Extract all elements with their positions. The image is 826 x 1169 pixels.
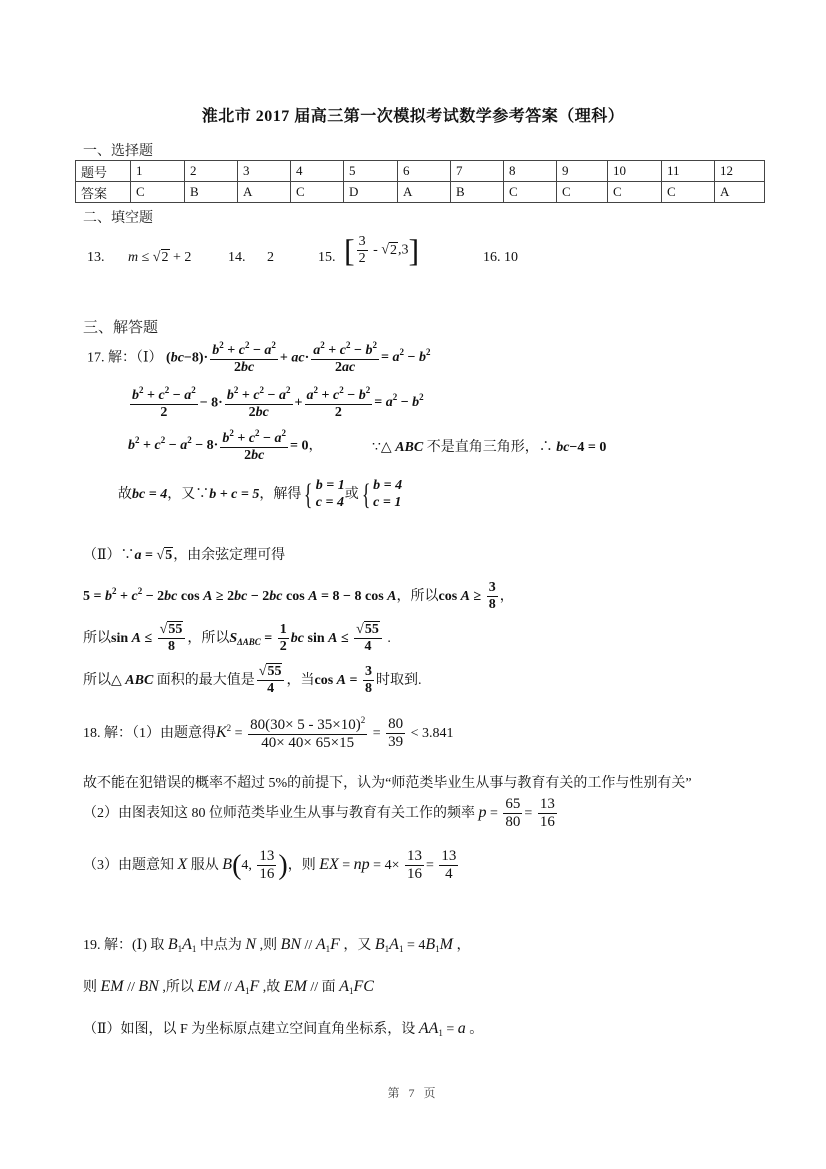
text: ，当 bbox=[286, 673, 314, 688]
text: 所以△ bbox=[83, 673, 122, 688]
q18-part2: （2）由图表知这 80 位师范类毕业生从事与教育有关工作的频率 p = 6580… bbox=[83, 796, 559, 832]
q17-line1: 17. 解：（Ⅰ） (bc−8)·b2 + c2 − a22bc+ ac·a2 … bbox=[87, 340, 430, 376]
text: （Ⅱ）∵ bbox=[83, 548, 135, 563]
page-title: 淮北市 2017 届高三第一次模拟考试数学参考答案（理科） bbox=[0, 103, 826, 126]
q17-sin-line: 所以sin A ≤ √558，所以SΔABC = 12bc sin A ≤ √5… bbox=[83, 622, 391, 655]
q17-line3: b2 + c2 − a2 − 8·b2 + c2 − a22bc= 0， bbox=[128, 428, 323, 464]
answer-cell: A bbox=[715, 182, 765, 203]
text: ，所以 bbox=[397, 589, 439, 604]
eq: b = 1 bbox=[316, 478, 345, 493]
solution-system-1: {b = 1c = 4 bbox=[301, 478, 344, 512]
text: （2）由图表知这 80 位师范类毕业生从事与教育有关工作的频率 bbox=[83, 806, 475, 821]
question-number: 10 bbox=[608, 161, 662, 182]
section-heading-solve: 三、解答题 bbox=[83, 316, 158, 337]
text: 时取到. bbox=[376, 673, 422, 688]
answer-cell: B bbox=[451, 182, 504, 203]
text: ，所以 bbox=[187, 631, 229, 646]
q17-cosine-line: 5 = b2 + c2 − 2bc cos A ≥ 2bc − 2bc cos … bbox=[83, 580, 514, 613]
q13-number: 13. bbox=[87, 250, 105, 266]
q16-answer: 16. 10 bbox=[483, 250, 518, 266]
row-label: 题号 bbox=[76, 161, 131, 182]
question-number: 6 bbox=[398, 161, 451, 182]
page-number: 第 7 页 bbox=[0, 1084, 826, 1101]
question-number: 12 bbox=[715, 161, 765, 182]
formula: X bbox=[178, 856, 188, 873]
eq: b = 4 bbox=[373, 478, 402, 493]
question-number: 1 bbox=[131, 161, 185, 182]
answer-cell: C bbox=[662, 182, 715, 203]
q15-answer: [32 - √2,3] bbox=[344, 232, 419, 269]
q17-line4: 故bc = 4，又∵b + c = 5，解得{b = 1c = 4或{b = 4… bbox=[118, 478, 402, 512]
question-number: 8 bbox=[504, 161, 557, 182]
answer-table: 题号 1 2 3 4 5 6 7 8 9 10 11 12 答案 C B A C… bbox=[75, 160, 765, 203]
answer-cell: C bbox=[504, 182, 557, 203]
question-number: 4 bbox=[291, 161, 344, 182]
q18-part3: （3）由题意知 X 服从 B(4, 1316)，则 EX = np = 4× 1… bbox=[83, 848, 460, 884]
section-heading-fill: 二、填空题 bbox=[83, 207, 153, 227]
q14-number: 14. bbox=[228, 250, 246, 266]
text: ，则 bbox=[288, 858, 316, 873]
section-heading-choice: 一、选择题 bbox=[83, 140, 153, 160]
text: ，又∵ bbox=[167, 487, 209, 502]
text: 故 bbox=[118, 487, 132, 502]
question-number: 5 bbox=[344, 161, 398, 182]
q16-value: 10 bbox=[504, 250, 518, 265]
q14-answer: 2 bbox=[267, 250, 274, 266]
q17-part2: （Ⅱ）∵a = √5，由余弦定理可得 bbox=[83, 544, 285, 564]
text: （3）由题意知 bbox=[83, 858, 174, 873]
eq: c = 4 bbox=[316, 495, 344, 510]
answer-cell: C bbox=[557, 182, 608, 203]
formula: b + c = 5 bbox=[209, 487, 259, 502]
answer-row: 答案 C B A C D A B C C C C A bbox=[76, 182, 765, 203]
text: 或 bbox=[345, 487, 359, 502]
answer-cell: B bbox=[185, 182, 238, 203]
q16-number: 16. bbox=[483, 250, 501, 265]
q18-conclusion: 故不能在犯错误的概率不超过 5%的前提下，认为“师范类毕业生从事与教育有关的工作… bbox=[83, 772, 692, 792]
q15-number: 15. bbox=[318, 250, 336, 266]
q18-line1: 18. 解：（1）由题意得K2 = 80(30× 5 - 35×10)240× … bbox=[83, 715, 454, 753]
q17-max-line: 所以△ ABC 面积的最大值是√554，当cos A = 38时取到. bbox=[83, 664, 421, 697]
answer-cell: A bbox=[238, 182, 291, 203]
q19-line1: 19. 解：(Ⅰ) 取 B1A1 中点为 N ,则 BN // A1F ，又 B… bbox=[83, 934, 470, 954]
text: ，解得 bbox=[259, 487, 301, 502]
question-number: 3 bbox=[238, 161, 291, 182]
formula: ABC bbox=[125, 673, 153, 688]
text: ，由余弦定理可得 bbox=[173, 548, 285, 563]
eq: c = 1 bbox=[373, 495, 401, 510]
question-row: 题号 1 2 3 4 5 6 7 8 9 10 11 12 bbox=[76, 161, 765, 182]
q19-line3: （Ⅱ）如图，以 F 为坐标原点建立空间直角坐标系，设 AA1 = a 。 bbox=[83, 1018, 483, 1038]
question-number: 7 bbox=[451, 161, 504, 182]
answer-cell: C bbox=[291, 182, 344, 203]
answer-cell: C bbox=[608, 182, 662, 203]
text: 服从 bbox=[191, 858, 219, 873]
question-number: 11 bbox=[662, 161, 715, 182]
question-number: 9 bbox=[557, 161, 608, 182]
text: 面积的最大值是 bbox=[157, 673, 255, 688]
q17-line2: b2 + c2 − a22− 8·b2 + c2 − a22bc+a2 + c2… bbox=[128, 385, 424, 421]
formula: bc = 4 bbox=[132, 487, 167, 502]
q19-line2: 则 EM // BN ,所以 EM // A1F ,故 EM // 面 A1FC bbox=[83, 976, 374, 996]
solution-system-2: {b = 4c = 1 bbox=[359, 478, 402, 512]
text: 所以 bbox=[83, 631, 111, 646]
text: 18. 解：（1）由题意得 bbox=[83, 726, 216, 741]
q17-line3b: ∵△ ABC 不是直角三角形，∴ bc−4 = 0 bbox=[372, 436, 606, 456]
answer-cell: C bbox=[131, 182, 185, 203]
answer-cell: A bbox=[398, 182, 451, 203]
q13-answer: m ≤ √2 + 2 bbox=[128, 250, 191, 266]
row-label: 答案 bbox=[76, 182, 131, 203]
question-number: 2 bbox=[185, 161, 238, 182]
answer-cell: D bbox=[344, 182, 398, 203]
q17-label: 17. 解：（Ⅰ） bbox=[87, 350, 163, 365]
